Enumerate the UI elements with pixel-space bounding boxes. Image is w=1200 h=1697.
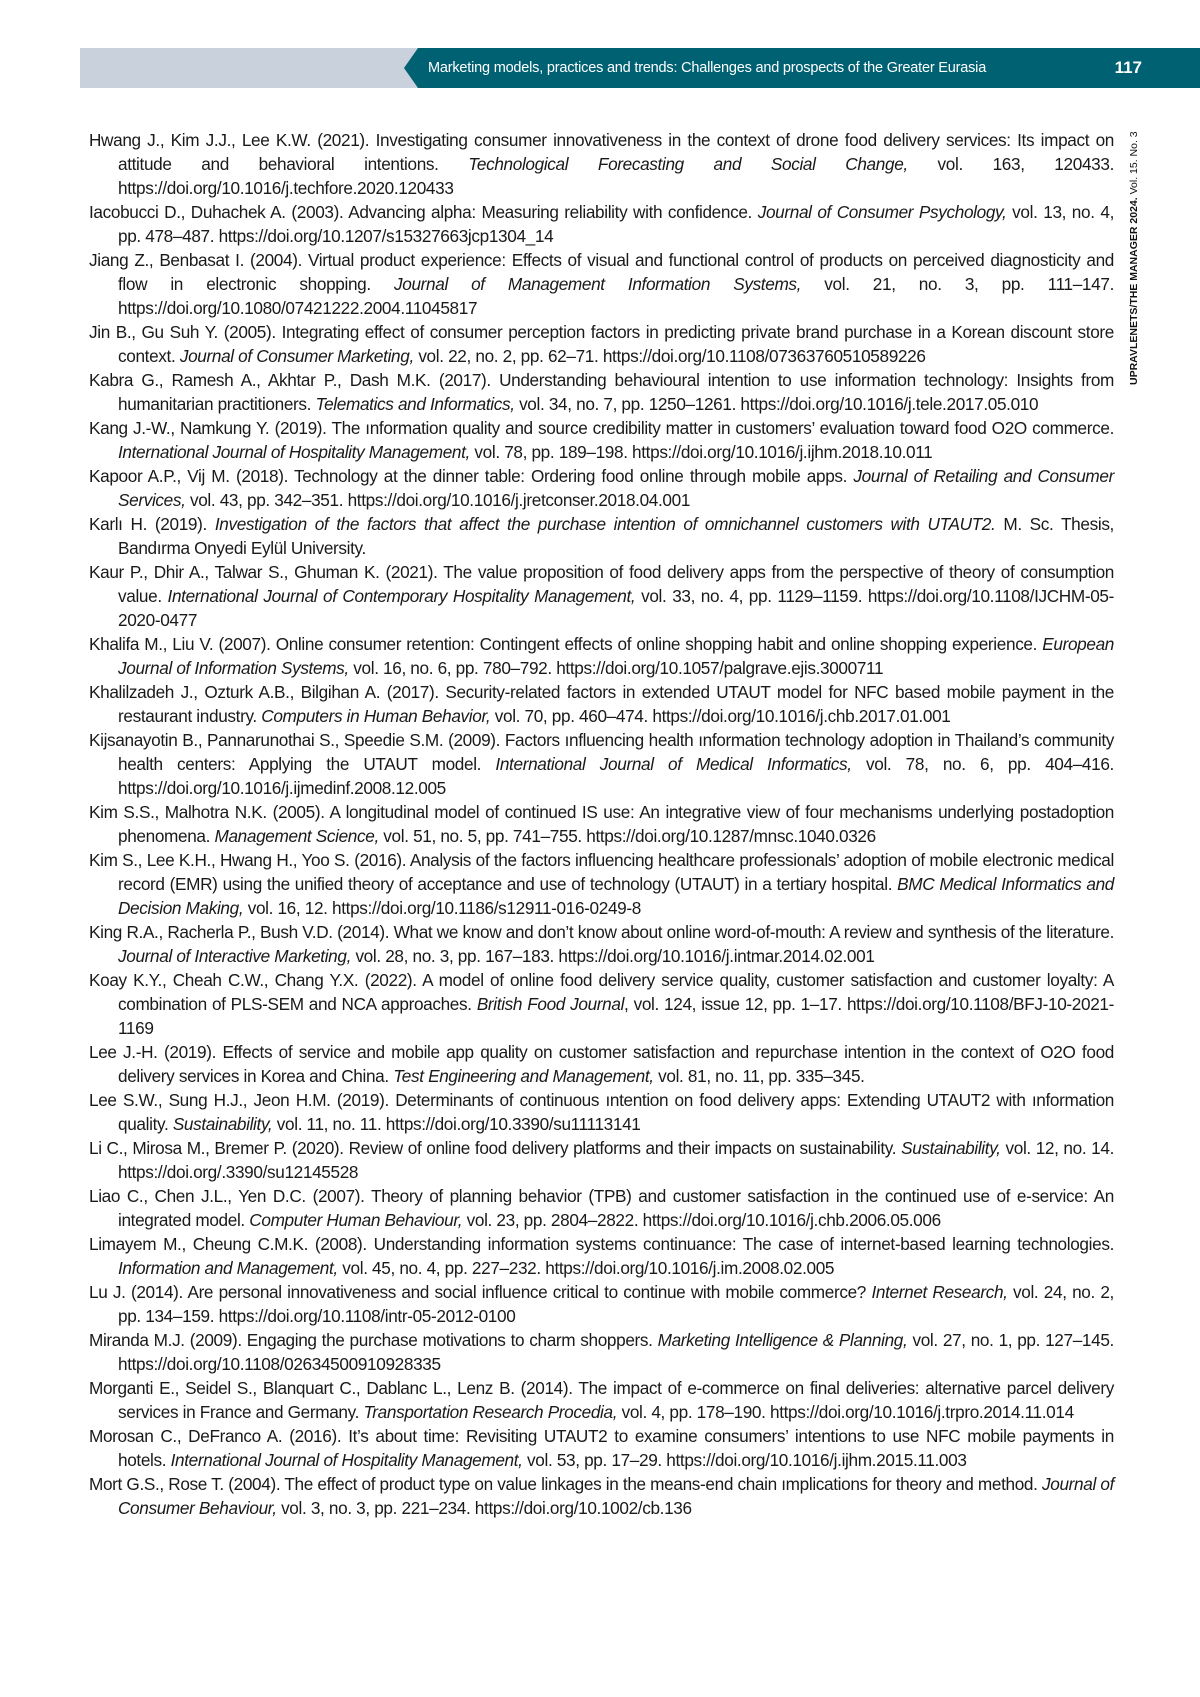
reference-source-title: Technological Forecasting and Social Cha… xyxy=(468,154,908,174)
reference-list: Hwang J., Kim J.J., Lee K.W. (2021). Inv… xyxy=(89,128,1114,1520)
reference-source-title: International Journal of Medical Informa… xyxy=(495,754,851,774)
reference-source-title: Marketing Intelligence & Planning, xyxy=(658,1330,908,1350)
reference-details: vol. 53, pp. 17–29. https://doi.org/10.1… xyxy=(523,1450,967,1470)
reference-details: vol. 11, no. 11. https://doi.org/10.3390… xyxy=(272,1114,640,1134)
reference-entry: Kaur P., Dhir A., Talwar S., Ghuman K. (… xyxy=(89,560,1114,632)
reference-entry: Miranda M.J. (2009). Engaging the purcha… xyxy=(89,1328,1114,1376)
reference-text: Mort G.S., Rose T. (2004). The effect of… xyxy=(89,1474,1042,1494)
reference-source-title: Sustainability, xyxy=(901,1138,1001,1158)
reference-source-title: International Journal of Contemporary Ho… xyxy=(168,586,636,606)
reference-details: vol. 51, no. 5, pp. 741–755. https://doi… xyxy=(379,826,876,846)
reference-details: vol. 16, 12. https://doi.org/10.1186/s12… xyxy=(243,898,641,918)
running-title: Marketing models, practices and trends: … xyxy=(428,48,986,88)
page-number: 117 xyxy=(1115,48,1142,88)
journal-issue: Vol. 15. No. 3 xyxy=(1128,131,1140,194)
reference-entry: Lu J. (2014). Are personal innovativenes… xyxy=(89,1280,1114,1328)
reference-source-title: Information and Management, xyxy=(118,1258,338,1278)
reference-text: Kapoor A.P., Vij M. (2018). Technology a… xyxy=(89,466,853,486)
reference-entry: Kijsanayotin B., Pannarunothai S., Speed… xyxy=(89,728,1114,800)
reference-text: Li C., Mirosa M., Bremer P. (2020). Revi… xyxy=(89,1138,901,1158)
reference-source-title: British Food Journal xyxy=(477,994,624,1014)
reference-details: vol. 81, no. 11, pp. 335–345. xyxy=(654,1066,865,1086)
reference-entry: Li C., Mirosa M., Bremer P. (2020). Revi… xyxy=(89,1136,1114,1184)
reference-source-title: Sustainability, xyxy=(173,1114,273,1134)
reference-source-title: Investigation of the factors that affect… xyxy=(215,514,996,534)
reference-source-title: Journal of Management Information System… xyxy=(394,274,801,294)
reference-source-title: Computers in Human Behavior, xyxy=(261,706,490,726)
reference-details: vol. 16, no. 6, pp. 780–792. https://doi… xyxy=(349,658,883,678)
reference-entry: Mort G.S., Rose T. (2004). The effect of… xyxy=(89,1472,1114,1520)
reference-source-title: International Journal of Hospitality Man… xyxy=(171,1450,523,1470)
reference-text: Khalifa M., Liu V. (2007). Online consum… xyxy=(89,634,1042,654)
reference-text: Kang J.-W., Namkung Y. (2019). The ınfor… xyxy=(89,418,1114,438)
reference-text: Karlı H. (2019). xyxy=(89,514,215,534)
reference-details: vol. 78, pp. 189–198. https://doi.org/10… xyxy=(470,442,932,462)
reference-details: vol. 43, pp. 342–351. https://doi.org/10… xyxy=(186,490,691,510)
reference-entry: Hwang J., Kim J.J., Lee K.W. (2021). Inv… xyxy=(89,128,1114,200)
reference-text: Iacobucci D., Duhachek A. (2003). Advanc… xyxy=(89,202,758,222)
reference-entry: Morosan C., DeFranco A. (2016). It’s abo… xyxy=(89,1424,1114,1472)
reference-entry: Limayem M., Cheung C.M.K. (2008). Unders… xyxy=(89,1232,1114,1280)
reference-details: vol. 23, pp. 2804–2822. https://doi.org/… xyxy=(462,1210,941,1230)
reference-details: vol. 45, no. 4, pp. 227–232. https://doi… xyxy=(338,1258,834,1278)
reference-details: vol. 34, no. 7, pp. 1250–1261. https://d… xyxy=(515,394,1039,414)
reference-details: vol. 70, pp. 460–474. https://doi.org/10… xyxy=(490,706,950,726)
reference-text: King R.A., Racherla P., Bush V.D. (2014)… xyxy=(89,922,1114,942)
reference-source-title: Computer Human Behaviour, xyxy=(249,1210,462,1230)
reference-text: Miranda M.J. (2009). Engaging the purcha… xyxy=(89,1330,658,1350)
reference-source-title: International Journal of Hospitality Man… xyxy=(118,442,470,462)
reference-details: vol. 28, no. 3, pp. 167–183. https://doi… xyxy=(351,946,875,966)
reference-source-title: Transportation Research Procedia, xyxy=(363,1402,617,1422)
reference-entry: Lee J.-H. (2019). Effects of service and… xyxy=(89,1040,1114,1088)
reference-entry: Khalifa M., Liu V. (2007). Online consum… xyxy=(89,632,1114,680)
reference-details: vol. 4, pp. 178–190. https://doi.org/10.… xyxy=(617,1402,1074,1422)
reference-entry: Morganti E., Seidel S., Blanquart C., Da… xyxy=(89,1376,1114,1424)
reference-entry: Kabra G., Ramesh A., Akhtar P., Dash M.K… xyxy=(89,368,1114,416)
reference-entry: Koay K.Y., Cheah C.W., Chang Y.X. (2022)… xyxy=(89,968,1114,1040)
journal-name: UPRAVLENETS/THE MANAGER xyxy=(1128,227,1140,385)
reference-text: Limayem M., Cheung C.M.K. (2008). Unders… xyxy=(89,1234,1114,1254)
reference-entry: Iacobucci D., Duhachek A. (2003). Advanc… xyxy=(89,200,1114,248)
reference-entry: Kang J.-W., Namkung Y. (2019). The ınfor… xyxy=(89,416,1114,464)
reference-entry: King R.A., Racherla P., Bush V.D. (2014)… xyxy=(89,920,1114,968)
reference-entry: Khalilzadeh J., Ozturk A.B., Bilgihan A.… xyxy=(89,680,1114,728)
reference-source-title: Management Science, xyxy=(215,826,379,846)
reference-text: Lu J. (2014). Are personal innovativenes… xyxy=(89,1282,871,1302)
reference-source-title: Telematics and Informatics, xyxy=(316,394,515,414)
reference-source-title: Test Engineering and Management, xyxy=(393,1066,653,1086)
reference-entry: Jin B., Gu Suh Y. (2005). Integrating ef… xyxy=(89,320,1114,368)
reference-entry: Kapoor A.P., Vij M. (2018). Technology a… xyxy=(89,464,1114,512)
reference-entry: Kim S.S., Malhotra N.K. (2005). A longit… xyxy=(89,800,1114,848)
reference-entry: Jiang Z., Benbasat I. (2004). Virtual pr… xyxy=(89,248,1114,320)
reference-entry: Liao C., Chen J.L., Yen D.C. (2007). The… xyxy=(89,1184,1114,1232)
journal-side-label: UPRAVLENETS/THE MANAGER 2024. Vol. 15. N… xyxy=(1128,131,1140,385)
reference-source-title: Journal of Consumer Marketing, xyxy=(180,346,414,366)
reference-source-title: Journal of Consumer Psychology, xyxy=(758,202,1007,222)
reference-source-title: Internet Research, xyxy=(871,1282,1007,1302)
journal-year: 2024. xyxy=(1128,197,1140,223)
reference-entry: Karlı H. (2019). Investigation of the fa… xyxy=(89,512,1114,560)
reference-source-title: Journal of Interactive Marketing, xyxy=(118,946,351,966)
reference-entry: Kim S., Lee K.H., Hwang H., Yoo S. (2016… xyxy=(89,848,1114,920)
reference-entry: Lee S.W., Sung H.J., Jeon H.M. (2019). D… xyxy=(89,1088,1114,1136)
reference-details: vol. 22, no. 2, pp. 62–71. https://doi.o… xyxy=(414,346,926,366)
reference-details: vol. 3, no. 3, pp. 221–234. https://doi.… xyxy=(277,1498,692,1518)
